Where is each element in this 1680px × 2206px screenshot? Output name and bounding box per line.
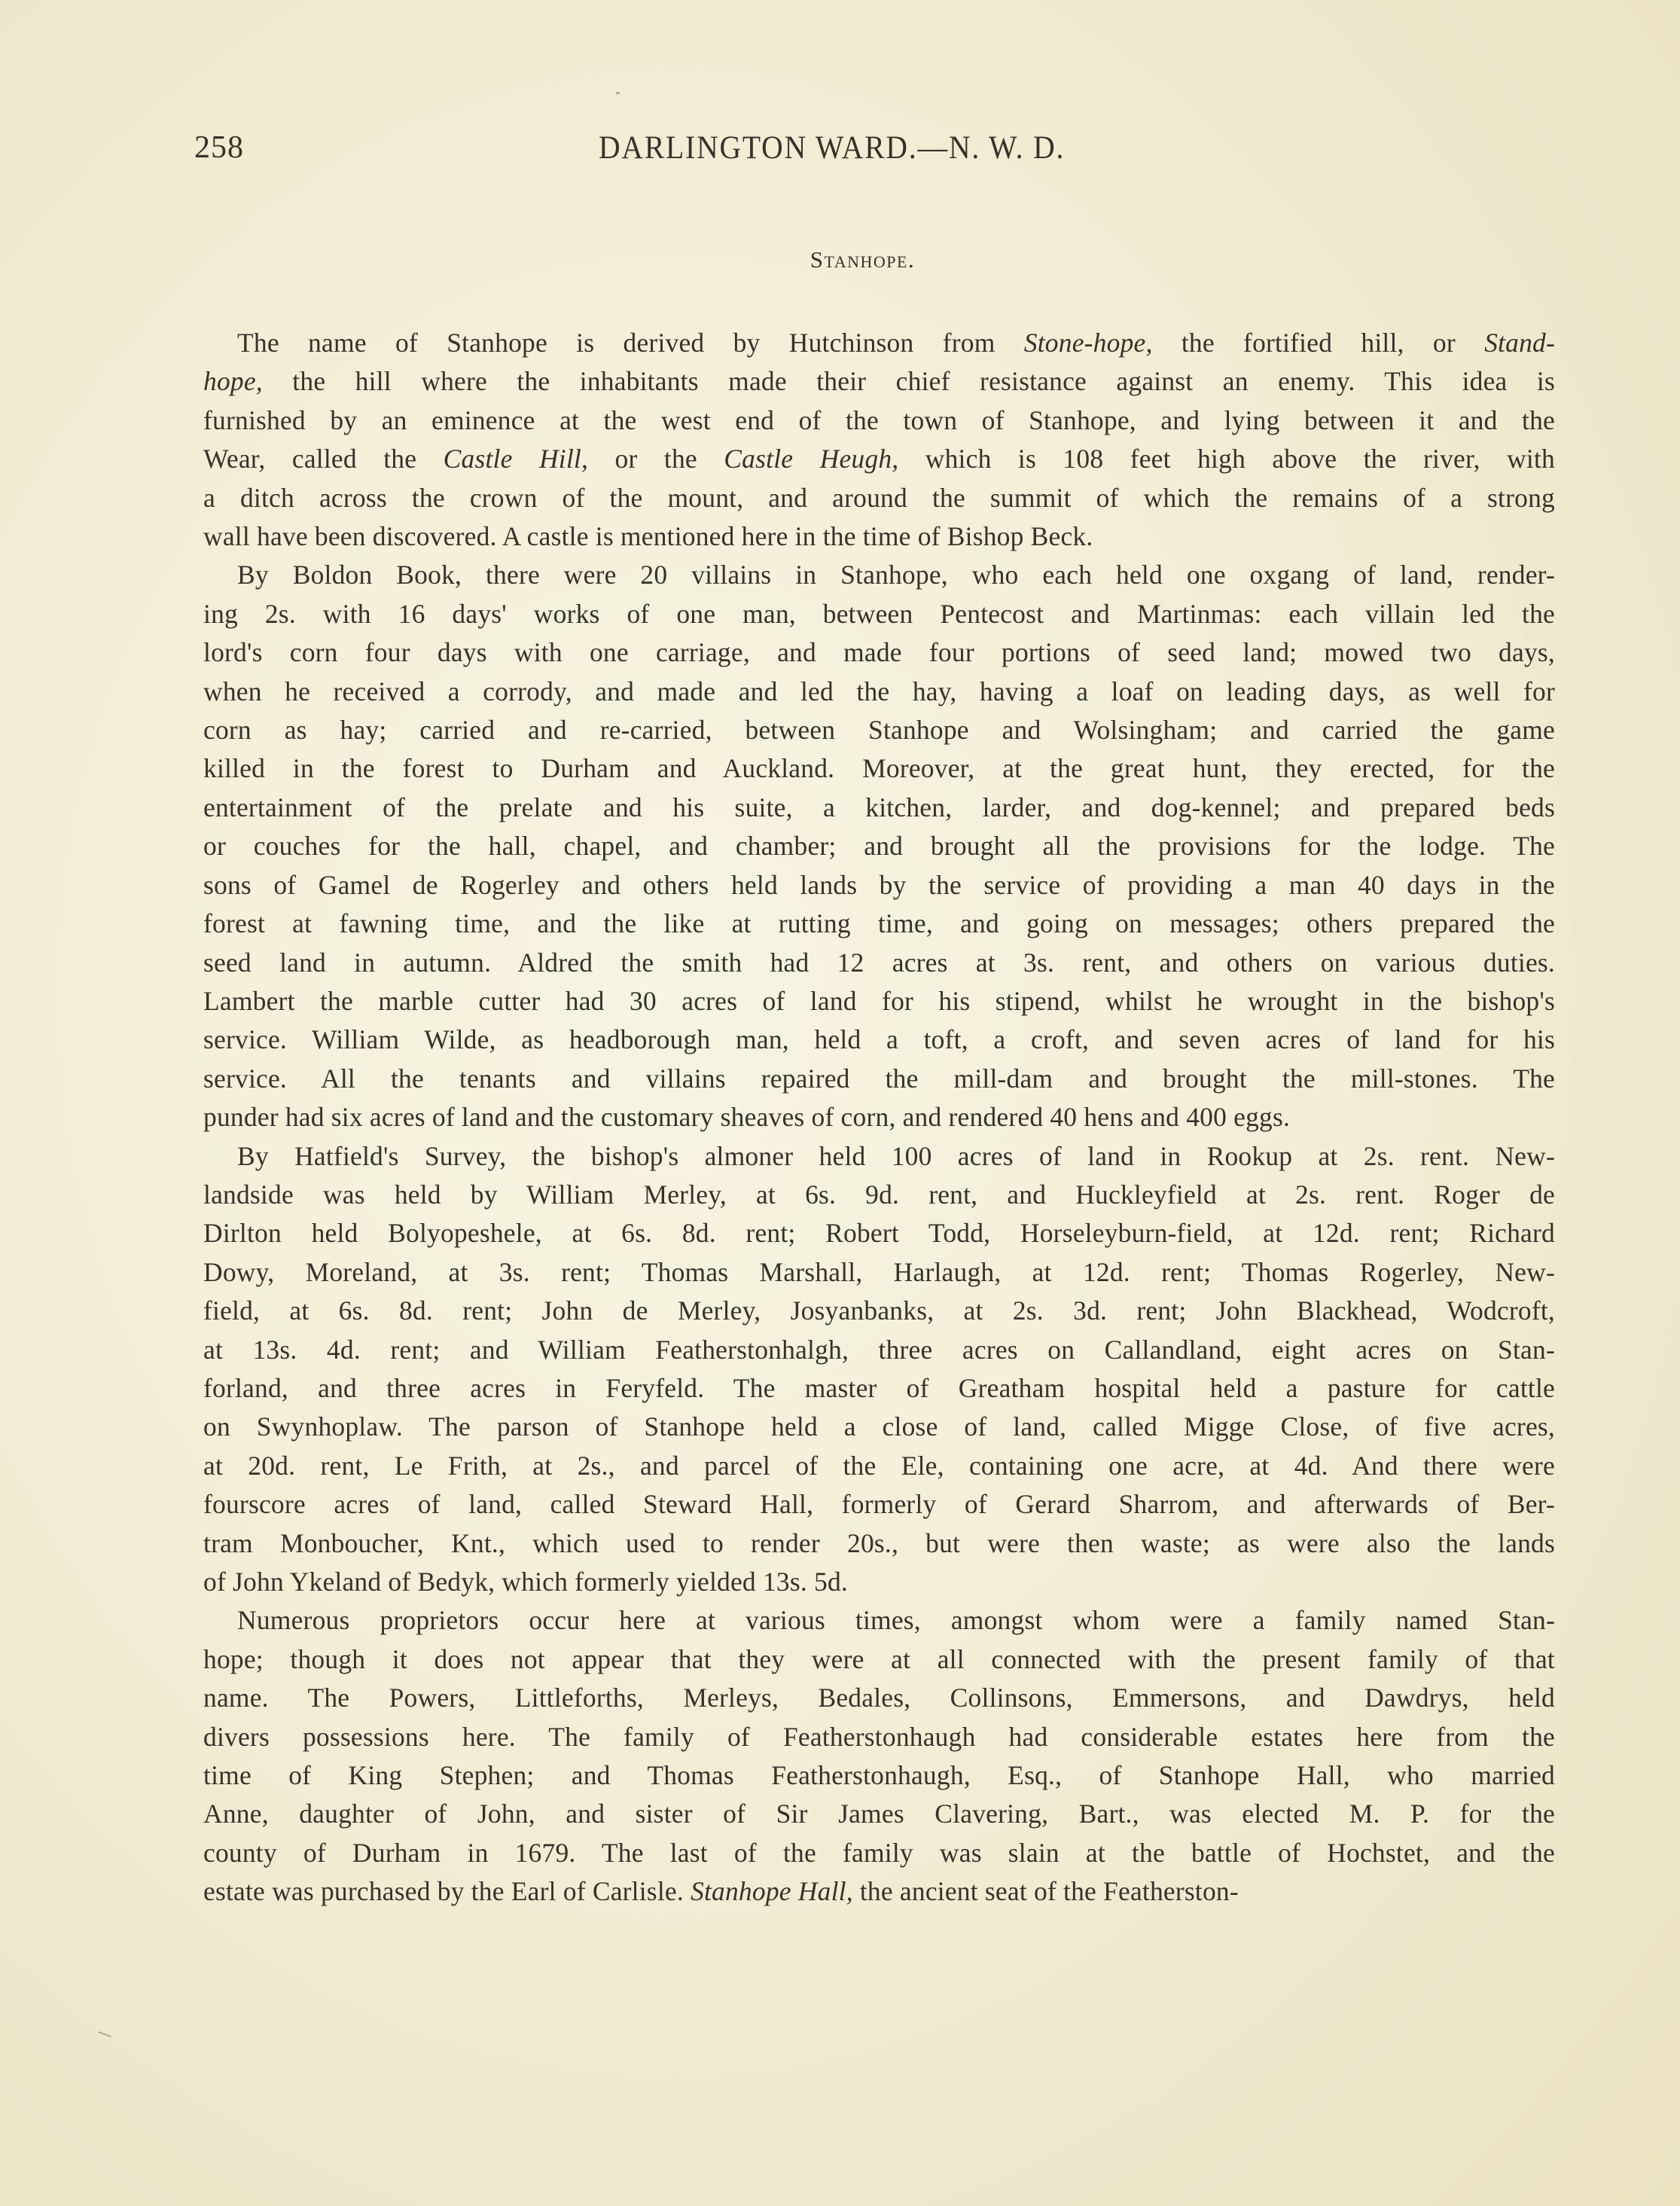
text-line: wall have been discovered. A castle is m…: [203, 517, 1555, 556]
text-line: Lambert the marble cutter had 30 acres o…: [203, 982, 1555, 1021]
paragraph-boldon-book: By Boldon Book, there were 20 villains i…: [203, 556, 1555, 1137]
text-line: Anne, daughter of John, and sister of Si…: [203, 1795, 1555, 1833]
paragraph-castle: The name of Stanhope is derived by Hutch…: [203, 324, 1555, 556]
text-line: forest at fawning time, and the like at …: [203, 905, 1555, 943]
body-text: The name of Stanhope is derived by Hutch…: [203, 324, 1555, 1912]
text-line: a ditch across the crown of the mount, a…: [203, 479, 1555, 517]
text-line: furnished by an eminence at the west end…: [203, 401, 1555, 440]
italic-term: Stone-hope,: [1024, 328, 1153, 358]
italic-term: Castle Heugh,: [724, 444, 898, 474]
text-line: entertainment of the prelate and his sui…: [203, 789, 1555, 827]
text-line: or couches for the hall, chapel, and cha…: [203, 827, 1555, 865]
text-line: The name of Stanhope is derived by Hutch…: [203, 324, 1555, 362]
text-line: By Boldon Book, there were 20 villains i…: [203, 556, 1555, 594]
text-line: of John Ykeland of Bedyk, which formerly…: [203, 1563, 1555, 1601]
section-heading: Stanhope.: [0, 246, 1680, 273]
text-line: forland, and three acres in Feryfeld. Th…: [203, 1369, 1555, 1408]
text-line: on Swynhoplaw. The parson of Stanhope he…: [203, 1408, 1555, 1446]
text-line: lord's corn four days with one carriage,…: [203, 633, 1555, 672]
text-line: tram Monboucher, Knt., which used to ren…: [203, 1524, 1555, 1563]
italic-term: Stanhope Hall,: [691, 1876, 853, 1906]
text-line: estate was purchased by the Earl of Carl…: [203, 1872, 1555, 1911]
text-line: Wear, called the Castle Hill, or the Cas…: [203, 440, 1555, 478]
text-line: field, at 6s. 8d. rent; John de Merley, …: [203, 1292, 1555, 1330]
book-page: 258 DARLINGTON WARD.—N. W. D. Stanhope. …: [0, 0, 1680, 2206]
text-line: at 20d. rent, Le Frith, at 2s., and parc…: [203, 1447, 1555, 1485]
text-line: name. The Powers, Littleforths, Merleys,…: [203, 1679, 1555, 1717]
text-line: Dirlton held Bolyopeshele, at 6s. 8d. re…: [203, 1214, 1555, 1253]
italic-term: Castle Hill,: [444, 444, 588, 474]
text-line: divers possessions here. The family of F…: [203, 1718, 1555, 1756]
text-line: punder had six acres of land and the cus…: [203, 1098, 1555, 1137]
text-line: By Hatfield's Survey, the bishop's almon…: [203, 1137, 1555, 1176]
text-line: corn as hay; carried and re-carried, bet…: [203, 711, 1555, 749]
text-line: time of King Stephen; and Thomas Feather…: [203, 1756, 1555, 1795]
text-line: county of Durham in 1679. The last of th…: [203, 1834, 1555, 1872]
text-line: when he received a corrody, and made and…: [203, 673, 1555, 711]
section-title-text: Stanhope.: [810, 246, 915, 273]
paragraph-proprietors: Numerous proprietors occur here at vario…: [203, 1601, 1555, 1911]
running-header: 258 DARLINGTON WARD.—N. W. D.: [194, 130, 1550, 175]
running-title: DARLINGTON WARD.—N. W. D.: [599, 130, 1065, 166]
text-line: landside was held by William Merley, at …: [203, 1176, 1555, 1214]
text-line: ing 2s. with 16 days' works of one man, …: [203, 595, 1555, 633]
text-line: service. William Wilde, as headborough m…: [203, 1021, 1555, 1059]
text-line: hope; though it does not appear that the…: [203, 1640, 1555, 1679]
paragraph-hatfield-survey: By Hatfield's Survey, the bishop's almon…: [203, 1137, 1555, 1602]
scan-speck: [616, 92, 620, 94]
text-line: sons of Gamel de Rogerley and others hel…: [203, 866, 1555, 905]
text-line: fourscore acres of land, called Steward …: [203, 1485, 1555, 1524]
text-line: seed land in autumn. Aldred the smith ha…: [203, 944, 1555, 982]
text-line: Numerous proprietors occur here at vario…: [203, 1601, 1555, 1640]
italic-term: Stand-: [1484, 328, 1555, 358]
text-line: service. All the tenants and villains re…: [203, 1060, 1555, 1098]
scan-speck: [98, 2031, 111, 2037]
text-line: hope, the hill where the inhabitants mad…: [203, 362, 1555, 401]
text-line: at 13s. 4d. rent; and William Feathersto…: [203, 1331, 1555, 1369]
italic-term: hope,: [203, 366, 263, 396]
text-line: Dowy, Moreland, at 3s. rent; Thomas Mars…: [203, 1253, 1555, 1292]
text-line: killed in the forest to Durham and Auckl…: [203, 749, 1555, 788]
page-number: 258: [194, 130, 244, 166]
